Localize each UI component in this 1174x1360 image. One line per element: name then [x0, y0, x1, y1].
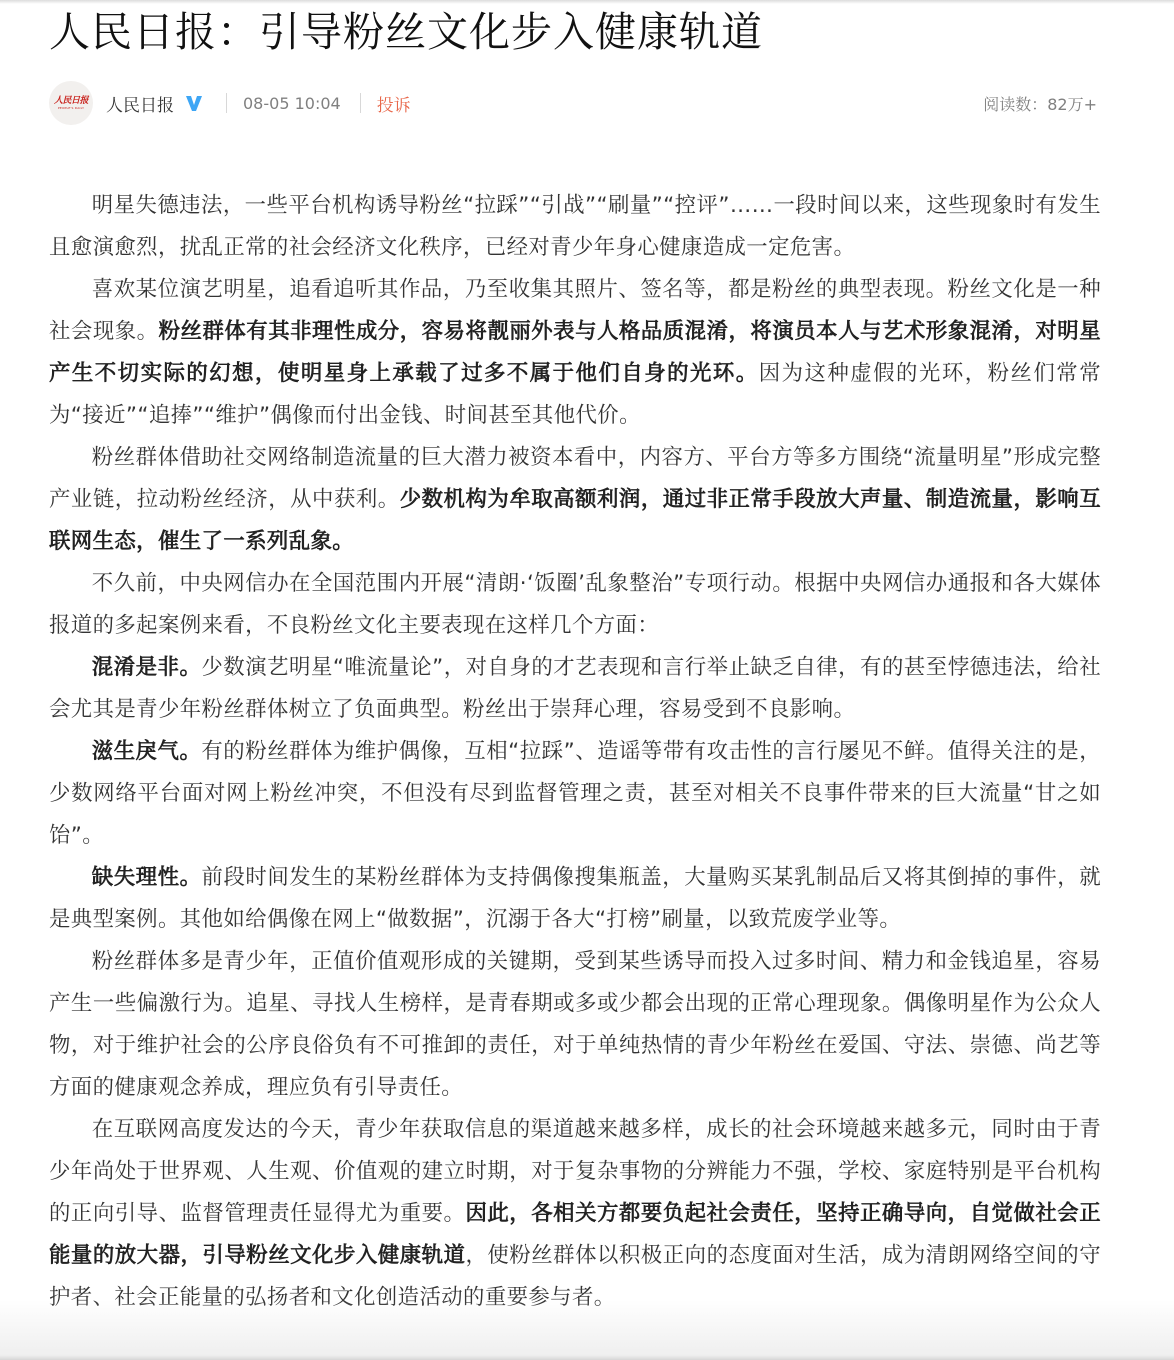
- meta-divider: [226, 93, 227, 113]
- read-count: 阅读数： 82万+: [983, 81, 1097, 125]
- paragraph-2: 喜欢某位演艺明星，追看追听其作品，乃至收集其照片、签名等，都是粉丝的典型表现。粉…: [49, 269, 1101, 437]
- author-name-link[interactable]: 人民日报: [106, 91, 174, 116]
- paragraph-5: 混淆是非。少数演艺明星“唯流量论”，对自身的才艺表现和言行举止缺乏自律，有的甚至…: [49, 647, 1101, 731]
- paragraph-8: 粉丝群体多是青少年，正值价值观形成的关键期，受到某些诱导而投入过多时间、精力和金…: [49, 941, 1101, 1109]
- meta-divider: [360, 93, 361, 113]
- avatar-logo-subtext: PEOPLE'S DAILY: [58, 106, 84, 110]
- paragraph-text: 不久前，中央网信办在全国范围内开展“清朗·‘饭圈’乱象整治”专项行动。根据中央网…: [49, 571, 1101, 638]
- paragraph-text: 明星失德违法，一些平台机构诱导粉丝“拉踩”“引战”“刷量”“控评”……一段时间以…: [49, 193, 1101, 260]
- verified-badge-icon: [184, 93, 204, 113]
- article-body: 明星失德违法，一些平台机构诱导粉丝“拉踩”“引战”“刷量”“控评”……一段时间以…: [49, 185, 1101, 1319]
- paragraph-text: 有的粉丝群体为维护偶像，互相“拉踩”、造谣等带有攻击性的言行屡见不鲜。值得关注的…: [49, 739, 1101, 848]
- article-title: 人民日报：引导粉丝文化步入健康轨道: [49, 0, 1101, 60]
- publish-time: 08-05 10:04: [243, 94, 341, 113]
- paragraph-text: 粉丝群体多是青少年，正值价值观形成的关键期，受到某些诱导而投入过多时间、精力和金…: [49, 949, 1101, 1100]
- paragraph-6: 滋生戾气。有的粉丝群体为维护偶像，互相“拉踩”、造谣等带有攻击性的言行屡见不鲜。…: [49, 731, 1101, 857]
- paragraph-9: 在互联网高度发达的今天，青少年获取信息的渠道越来越多样，成长的社会环境越来越多元…: [49, 1109, 1101, 1319]
- report-link[interactable]: 投诉: [377, 91, 411, 116]
- paragraph-text: 前段时间发生的某粉丝群体为支持偶像搜集瓶盖，大量购买某乳制品后又将其倒掉的事件，…: [49, 865, 1101, 932]
- paragraph-3: 粉丝群体借助社交网络制造流量的巨大潜力被资本看中，内容方、平台方等多方围绕“流量…: [49, 437, 1101, 563]
- article-meta-bar: 人民日报 PEOPLE'S DAILY 人民日报 08-05 10:04 投诉 …: [49, 81, 1101, 125]
- paragraph-heading: 滋生戾气。: [92, 739, 202, 764]
- paragraph-heading: 缺失理性。: [92, 865, 202, 890]
- paragraph-text: 少数演艺明星“唯流量论”，对自身的才艺表现和言行举止缺乏自律，有的甚至悖德违法，…: [49, 655, 1101, 722]
- read-count-value: 82万+: [1047, 92, 1097, 115]
- article: 人民日报：引导粉丝文化步入健康轨道 人民日报 PEOPLE'S DAILY 人民…: [49, 0, 1101, 1319]
- read-count-label: 阅读数：: [983, 92, 1047, 115]
- avatar-logo-text: 人民日报: [54, 96, 88, 106]
- paragraph-4: 不久前，中央网信办在全国范围内开展“清朗·‘饭圈’乱象整治”专项行动。根据中央网…: [49, 563, 1101, 647]
- paragraph-heading: 混淆是非。: [92, 655, 202, 680]
- author-avatar[interactable]: 人民日报 PEOPLE'S DAILY: [49, 81, 93, 125]
- paragraph-7: 缺失理性。前段时间发生的某粉丝群体为支持偶像搜集瓶盖，大量购买某乳制品后又将其倒…: [49, 857, 1101, 941]
- paragraph-1: 明星失德违法，一些平台机构诱导粉丝“拉踩”“引战”“刷量”“控评”……一段时间以…: [49, 185, 1101, 269]
